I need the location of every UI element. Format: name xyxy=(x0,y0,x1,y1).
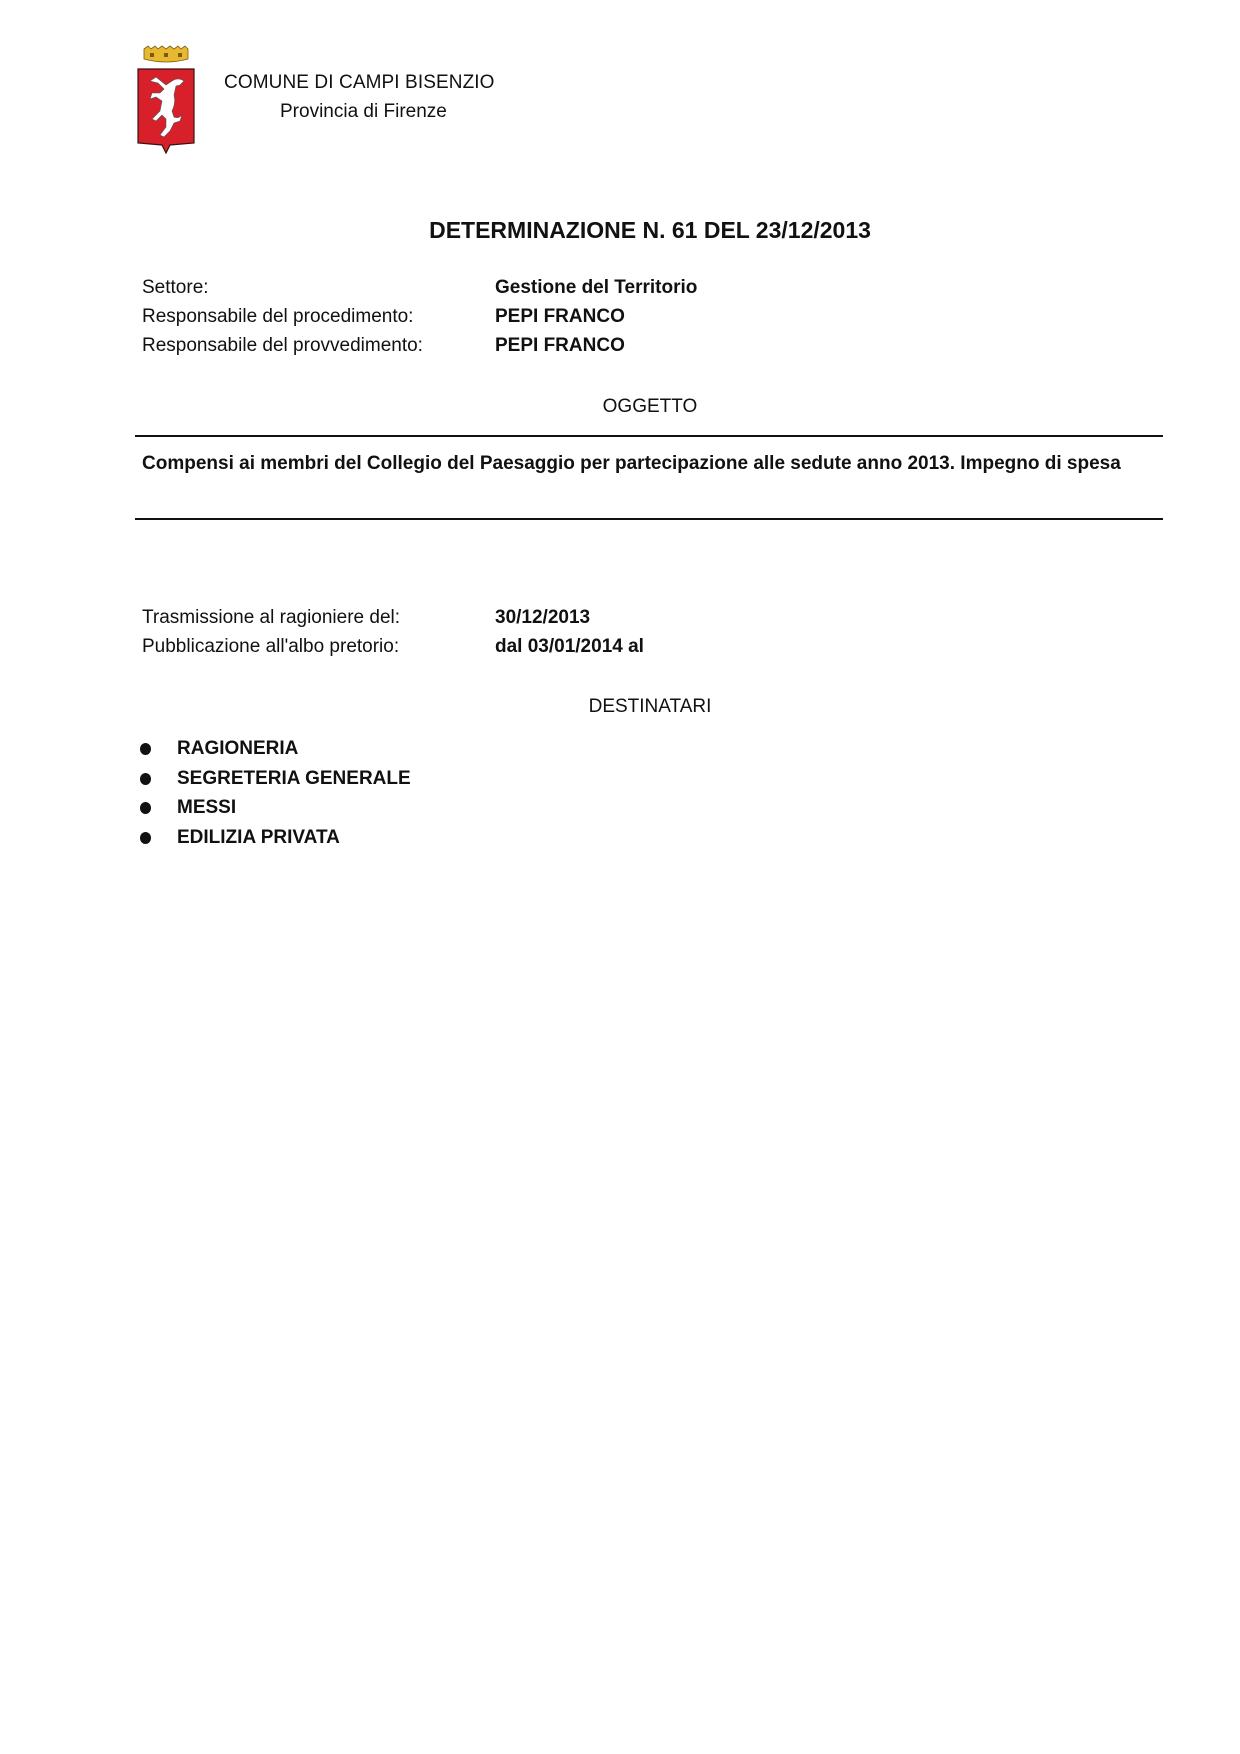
subject-heading: OGGETTO xyxy=(0,396,1240,418)
recipient-item: EDILIZIA PRIVATA xyxy=(140,827,411,857)
subject-bottom-divider xyxy=(135,518,1163,520)
coat-of-arms-icon xyxy=(134,45,198,157)
province-name: Provincia di Firenze xyxy=(280,101,447,123)
recipient-item: MESSI xyxy=(140,797,411,827)
info-label: Settore: xyxy=(142,277,495,299)
recipient-label: RAGIONERIA xyxy=(177,738,298,759)
info-value: Gestione del Territorio xyxy=(495,277,697,298)
info-label: Responsabile del procedimento: xyxy=(142,306,495,328)
info-row-settore: Settore:Gestione del Territorio xyxy=(142,277,697,299)
subject-text: Compensi ai membri del Collegio del Paes… xyxy=(142,449,1162,478)
recipients-heading: DESTINATARI xyxy=(0,696,1240,718)
bullet-icon xyxy=(140,773,151,785)
info-label: Pubblicazione all'albo pretorio: xyxy=(142,636,495,658)
organization-name: COMUNE DI CAMPI BISENZIO xyxy=(224,72,495,94)
info-value: 30/12/2013 xyxy=(495,607,590,628)
info-label: Trasmissione al ragioniere del: xyxy=(142,607,495,629)
recipient-item: RAGIONERIA xyxy=(140,738,411,768)
info-row-responsabile-procedimento: Responsabile del procedimento:PEPI FRANC… xyxy=(142,306,625,328)
info-row-responsabile-provvedimento: Responsabile del provvedimento:PEPI FRAN… xyxy=(142,335,625,357)
document-title: DETERMINAZIONE N. 61 DEL 23/12/2013 xyxy=(0,217,1240,244)
recipient-label: EDILIZIA PRIVATA xyxy=(177,827,340,848)
recipient-label: MESSI xyxy=(177,797,236,818)
crown-icon xyxy=(144,46,188,62)
info-label: Responsabile del provvedimento: xyxy=(142,335,495,357)
info-value: dal 03/01/2014 al xyxy=(495,636,644,657)
recipients-list: RAGIONERIA SEGRETERIA GENERALE MESSI EDI… xyxy=(140,738,411,856)
bullet-icon xyxy=(140,832,151,844)
info-value: PEPI FRANCO xyxy=(495,335,625,356)
bullet-icon xyxy=(140,802,151,814)
info-row-trasmissione: Trasmissione al ragioniere del:30/12/201… xyxy=(142,607,590,629)
recipient-item: SEGRETERIA GENERALE xyxy=(140,768,411,798)
bullet-icon xyxy=(140,743,151,755)
subject-top-divider xyxy=(135,435,1163,437)
info-row-pubblicazione: Pubblicazione all'albo pretorio:dal 03/0… xyxy=(142,636,644,658)
recipient-label: SEGRETERIA GENERALE xyxy=(177,768,411,789)
info-value: PEPI FRANCO xyxy=(495,306,625,327)
